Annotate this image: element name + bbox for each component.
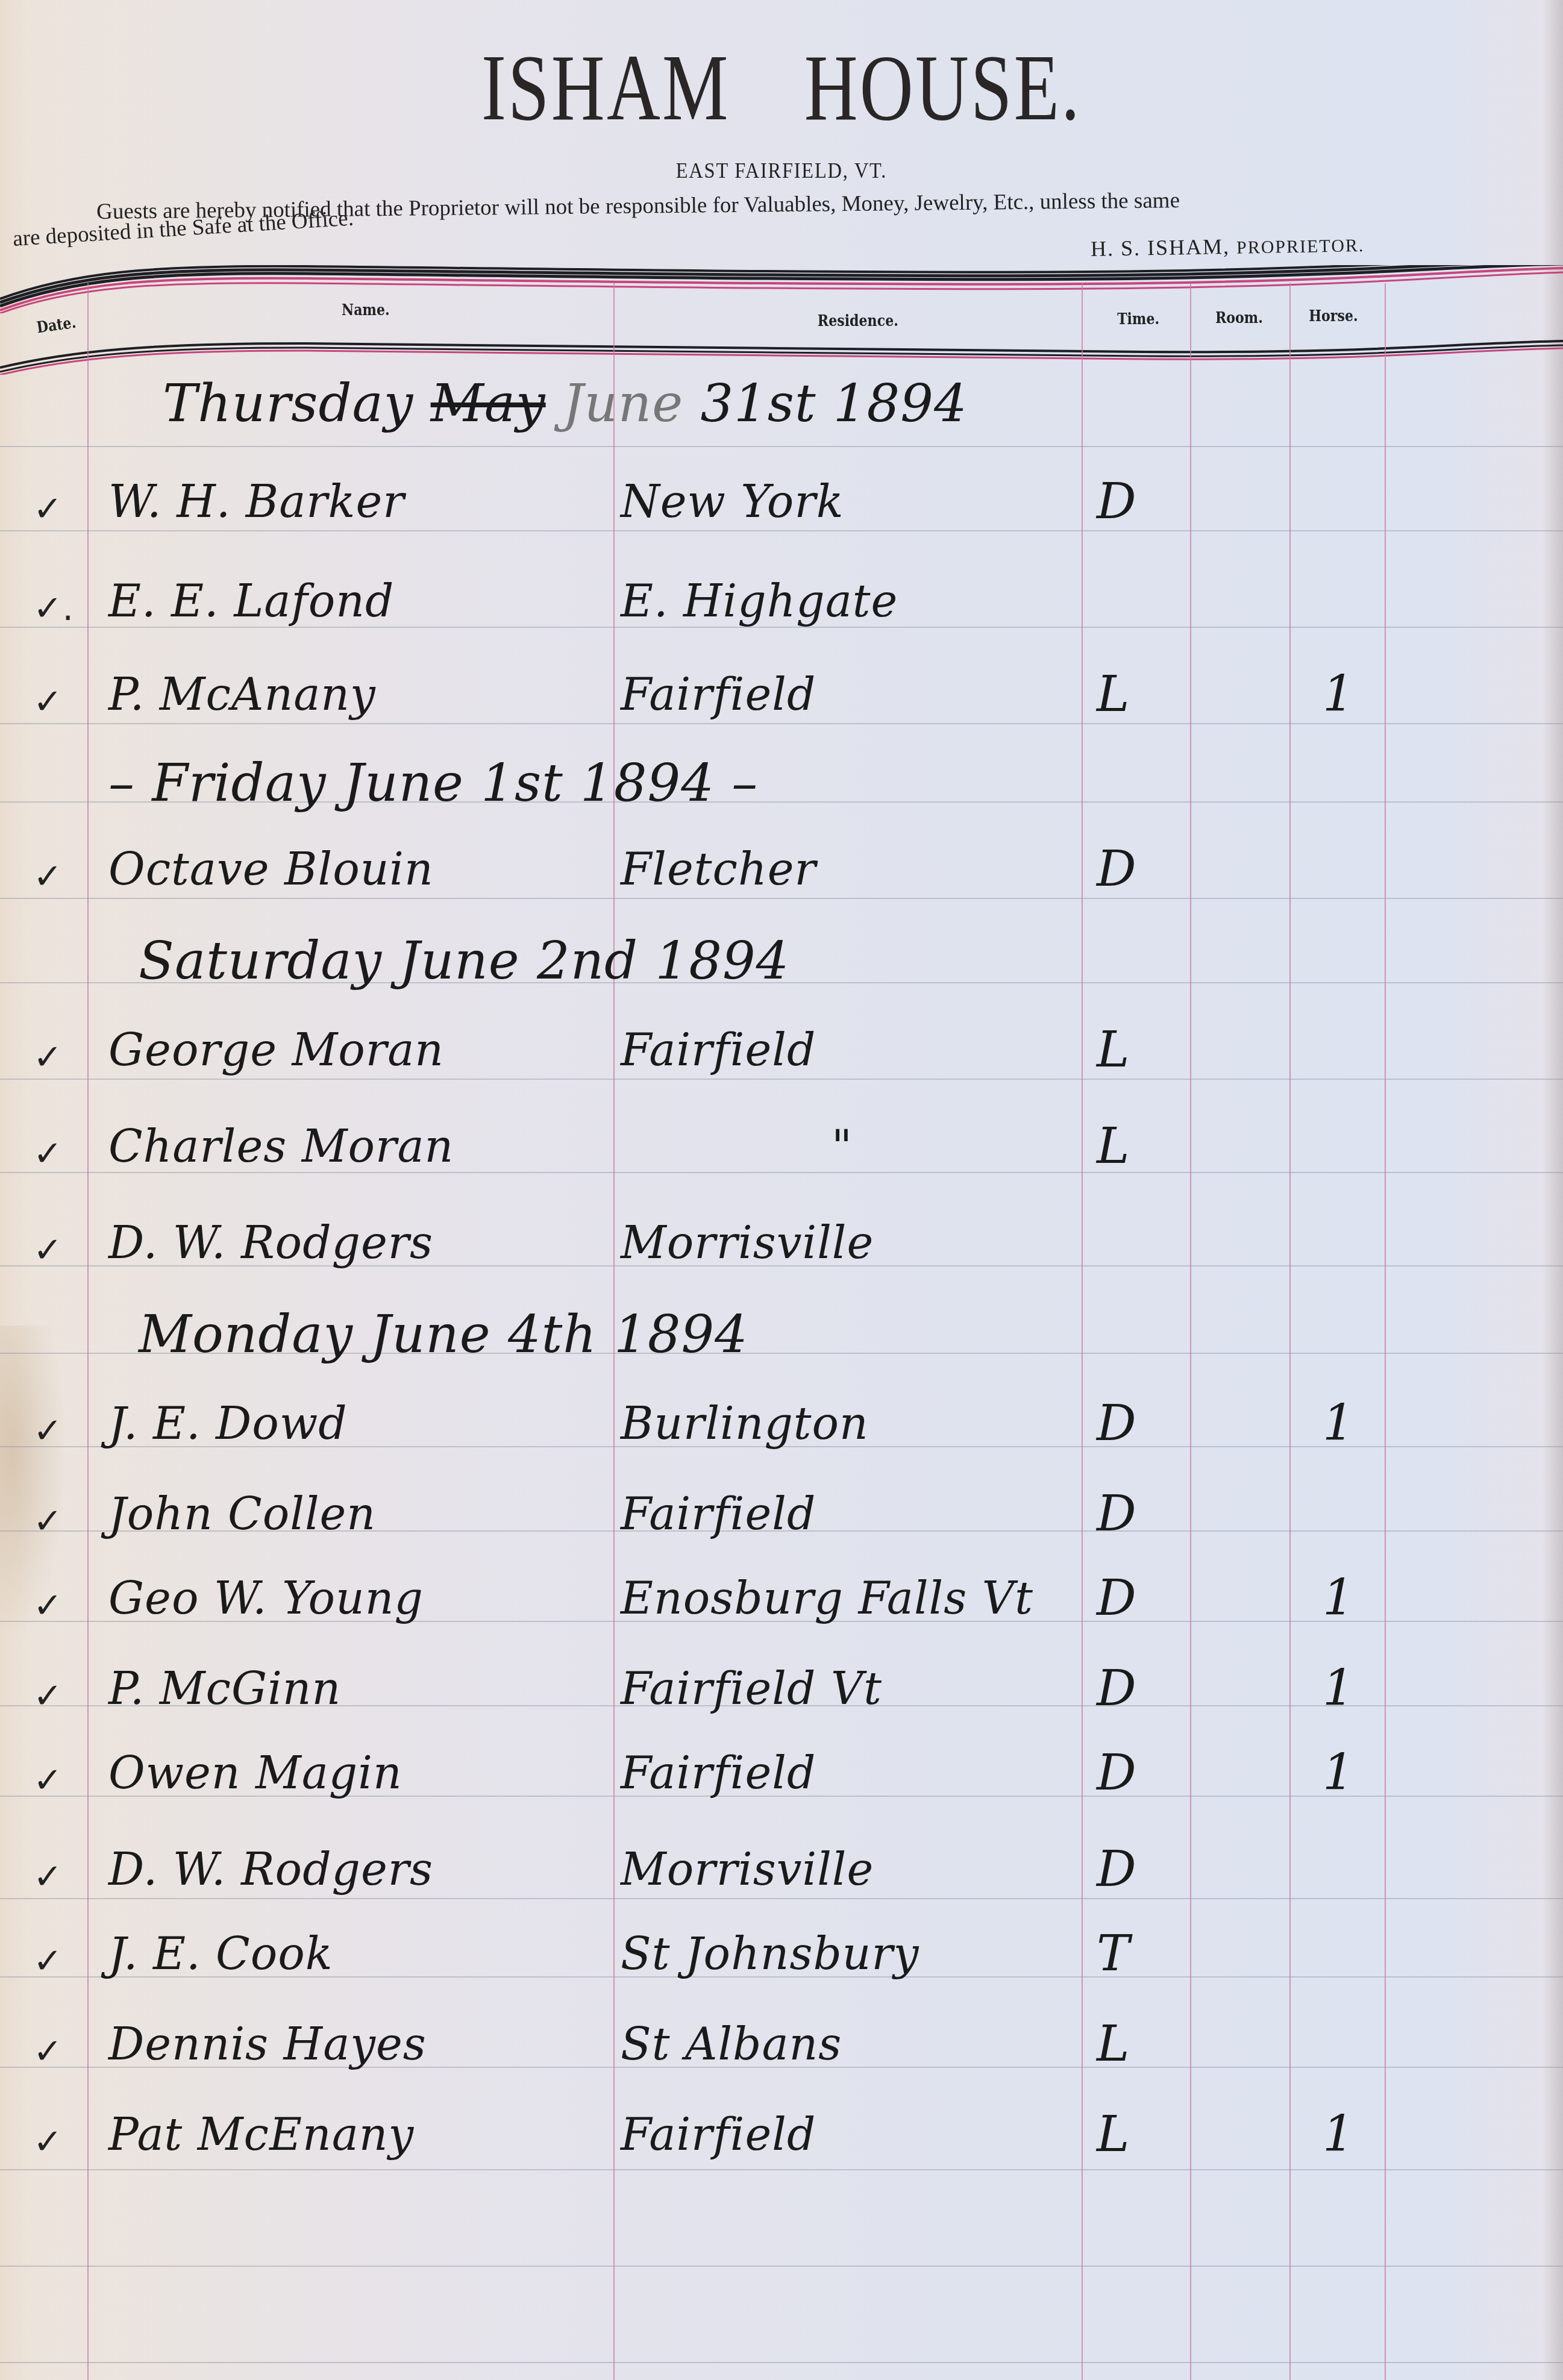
checkmark-icon: ✓ [33,1675,63,1716]
horse-count: 1 [1323,1395,1354,1452]
hotel-location: EAST FAIRFIELD, VT. [78,158,1485,183]
checkmark-icon: ✓ [33,856,63,897]
guest-residence: Morrisville [621,1844,874,1896]
time-mark: D [1097,1660,1136,1717]
row-rule [0,898,1563,899]
time-mark: L [1097,666,1129,723]
time-mark: D [1097,841,1136,898]
row-rule [0,2362,1563,2363]
time-mark: L [1097,1118,1129,1175]
struck-month: May [431,374,546,434]
proprietor-title: PROPRIETOR. [1236,236,1365,258]
time-mark: L [1097,2015,1129,2073]
date-heading: Thursday May June 31st 1894 [163,374,968,434]
horse-count: 1 [1323,1570,1354,1627]
header-rule-bottom [0,339,1563,360]
column-rule-horse [1385,283,1386,2380]
time-mark: D [1097,1841,1136,1898]
corrected-month: June [546,374,701,434]
time-mark: L [1097,1021,1129,1079]
checkmark-icon: ✓ [33,1500,63,1541]
time-mark: T [1097,1925,1130,1982]
checkmark-icon: ✓. [33,587,74,628]
guest-residence: St Albans [621,2018,842,2070]
checkmark-icon: ✓ [33,1585,63,1626]
header-rule-top [0,265,1563,287]
guest-residence: St Johnsbury [621,1928,919,1980]
column-rule-room [1289,283,1291,2380]
row-rule [0,1898,1563,1899]
checkmark-icon: ✓ [33,681,63,722]
guest-residence: Morrisville [621,1217,874,1269]
checkmark-icon: ✓ [33,1856,63,1897]
guest-name: E. E. Lafond [108,575,394,627]
title-word-house: HOUSE. [804,35,1082,140]
checkmark-icon: ✓ [33,1759,63,1800]
checkmark-icon: ✓ [33,2031,63,2072]
guest-residence: Fairfield [621,1024,816,1076]
guest-name: Charles Moran [108,1121,454,1173]
time-mark: D [1097,1744,1136,1802]
guest-name: George Moran [108,1024,444,1076]
proprietor-name: H. S. ISHAM, [1091,234,1230,261]
proprietor-signature: H. S. ISHAM, PROPRIETOR. [1091,231,1365,261]
horse-count: 1 [1323,2106,1354,2163]
checkmark-icon: ✓ [33,1036,63,1077]
guest-residence: " [832,1121,853,1173]
checkmark-icon: ✓ [33,1410,63,1451]
column-header-name: Name. [342,301,390,319]
checkmark-icon: ✓ [33,2121,63,2162]
guest-residence: Burlington [621,1398,869,1450]
guest-residence: Fairfield Vt [621,1663,882,1715]
horse-count: 1 [1323,666,1354,723]
guest-residence: Fairfield [621,669,816,721]
date-heading: Monday June 4th 1894 [139,1304,748,1365]
column-header-time: Time. [1117,310,1159,328]
guest-name: J. E. Dowd [108,1398,348,1450]
time-mark: D [1097,1570,1136,1627]
guest-name: Owen Magin [108,1747,402,1799]
guest-residence: New York [621,476,844,528]
date-heading: – Friday June 1st 1894 – [108,753,758,813]
row-rule [0,2266,1563,2267]
horse-count: 1 [1323,1744,1354,1802]
time-mark: D [1097,1395,1136,1452]
row-rule [0,723,1563,724]
guest-name: Dennis Hayes [108,2018,427,2070]
guest-name: Pat McEnany [108,2109,414,2161]
column-header-date: Date. [36,314,77,337]
guest-name: D. W. Rodgers [108,1217,433,1269]
guest-residence: E. Highgate [621,575,898,627]
guest-name: P. McAnany [108,669,376,721]
hotel-title: ISHAMHOUSE. [140,33,1422,142]
guest-residence: Fairfield [621,1488,816,1540]
guest-name: John Collen [108,1488,376,1540]
checkmark-icon: ✓ [33,1940,63,1981]
column-header-room: Room. [1215,309,1263,327]
checkmark-icon: ✓ [33,1229,63,1270]
checkmark-icon: ✓ [33,488,63,529]
guest-name: Geo W. Young [108,1573,424,1624]
guest-name: W. H. Barker [108,476,405,528]
title-word-isham: ISHAM [481,35,730,140]
time-mark: D [1097,473,1136,530]
guest-name: J. E. Cook [108,1928,333,1980]
guest-name: Octave Blouin [108,844,434,895]
time-mark: D [1097,1485,1136,1542]
horse-count: 1 [1323,1660,1354,1717]
guest-residence: Enosburg Falls Vt [621,1573,1033,1624]
column-rule-date [87,283,89,2380]
date-heading: Saturday June 2nd 1894 [139,931,789,991]
column-header-horse: Horse. [1309,307,1358,325]
guest-residence: Fairfield [621,1747,816,1799]
time-mark: L [1097,2106,1129,2163]
guest-residence: Fletcher [621,844,816,895]
row-rule [0,2169,1563,2170]
guest-name: D. W. Rodgers [108,1844,433,1896]
row-rule [0,1079,1563,1080]
guest-residence: Fairfield [621,2109,816,2161]
column-header-residence: Residence. [818,312,898,330]
row-rule [0,446,1563,447]
guest-name: P. McGinn [108,1663,341,1715]
column-rule-time [1190,283,1191,2380]
checkmark-icon: ✓ [33,1133,63,1174]
row-rule [0,530,1563,531]
column-rule-residence [1082,283,1083,2380]
register-page: ISHAMHOUSE. EAST FAIRFIELD, VT. Guests a… [0,0,1563,2380]
